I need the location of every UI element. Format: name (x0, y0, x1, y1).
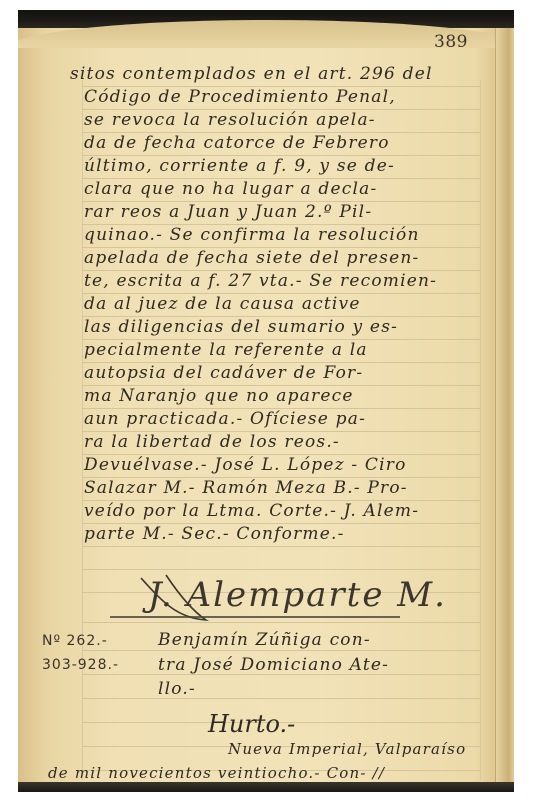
entry-parties-line: tra José Domiciano Ate- (158, 655, 389, 675)
text-line: quinao.- Se confirma la resolución (84, 225, 420, 245)
text-line: apelada de fecha siete del presen- (84, 248, 419, 268)
text-line: Salazar M.- Ramón Meza B.- Pro- (84, 478, 408, 498)
signature-underline (110, 616, 400, 618)
book-bottom-edge (18, 782, 514, 792)
text-line: clara que no ha lugar a decla- (84, 179, 377, 199)
entry-subject: Hurto.- (208, 710, 295, 738)
signature: J. Alemparte M. (148, 575, 447, 615)
entry-continuation-line: Nueva Imperial, Valparaíso (228, 740, 466, 758)
text-line: Devuélvase.- José L. López - Ciro (84, 455, 407, 475)
text-line: Código de Procedimiento Penal, (84, 87, 396, 107)
ruled-line (82, 698, 480, 699)
entry-parties-line: llo.- (158, 679, 196, 699)
text-line: pecialmente la referente a la (84, 340, 368, 360)
entry-file-reference: 303-928.- (42, 657, 119, 673)
ledger-page: 389 sitos contemplados en el art. 296 de… (18, 10, 514, 792)
text-line: te, escrita a f. 27 vta.- Se recomien- (84, 271, 437, 291)
entry-number: Nº 262.- (42, 633, 108, 649)
entry-continuation-line: de mil novecientos veintiocho.- Con- // (48, 764, 385, 782)
text-line: se revoca la resolución apela- (84, 110, 376, 130)
right-margin-rule (480, 80, 481, 780)
text-line: parte M.- Sec.- Conforme.- (84, 524, 345, 544)
page-edge (495, 28, 514, 782)
text-line: aun practicada.- Ofíciese pa- (84, 409, 366, 429)
text-line: ma Naranjo que no aparece (84, 386, 354, 406)
text-line: las diligencias del sumario y es- (84, 317, 398, 337)
text-line: da de fecha catorce de Febrero (84, 133, 390, 153)
ruled-line (82, 650, 480, 651)
text-line: rar reos a Juan y Juan 2.º Pil- (84, 202, 372, 222)
text-line: ra la libertad de los reos.- (84, 432, 340, 452)
page-number: 389 (434, 32, 468, 52)
text-line: veído por la Ltma. Corte.- J. Alem- (84, 501, 419, 521)
entry-parties-line: Benjamín Zúñiga con- (158, 630, 371, 650)
text-line: sitos contemplados en el art. 296 del (70, 64, 433, 84)
ruled-line (82, 546, 480, 547)
text-line: da al juez de la causa active (84, 294, 361, 314)
left-margin-rule (82, 80, 83, 780)
text-line: autopsia del cadáver de For- (84, 363, 363, 383)
text-line: último, corriente a f. 9, y se de- (84, 156, 395, 176)
